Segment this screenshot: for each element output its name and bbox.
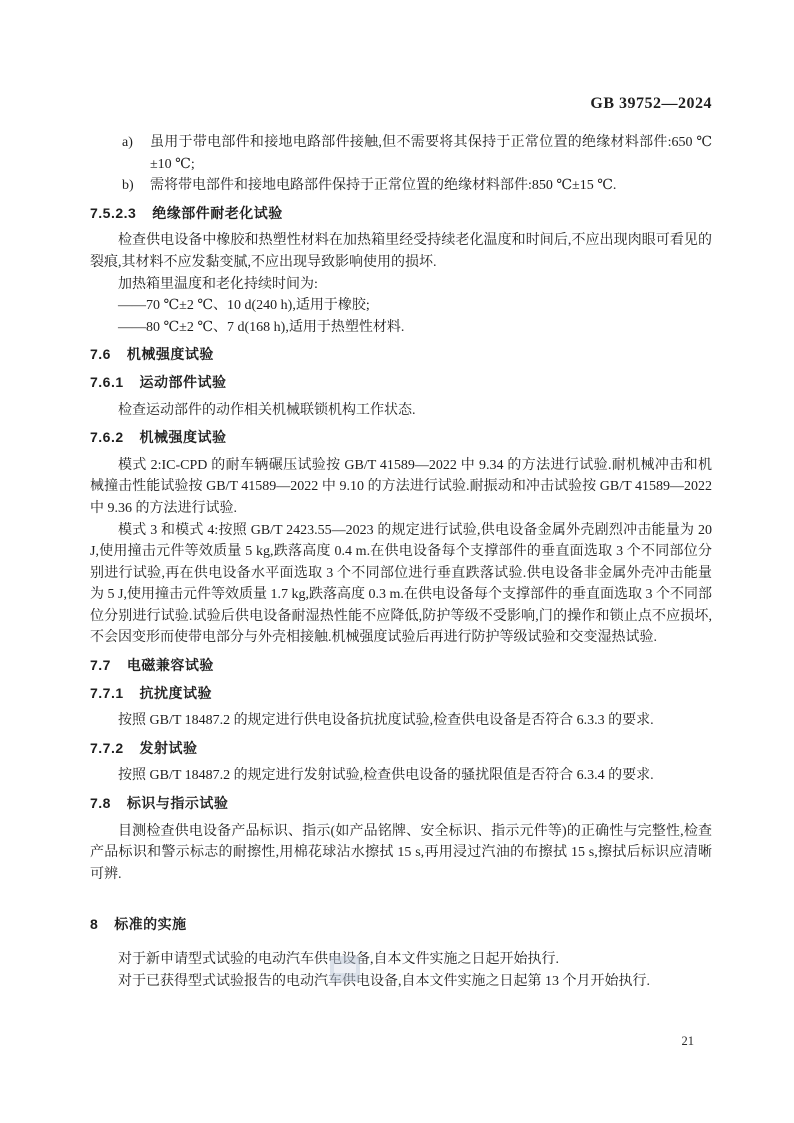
paragraph: 模式 3 和模式 4:按照 GB/T 2423.55—2023 的规定进行试验,… [90,520,712,650]
section-number: 7.5.2.3 [90,205,136,221]
section-heading-7-6-2: 7.6.2 机械强度试验 [90,427,712,449]
document-body: GB 39752—2024 a) 虽用于带电部件和接地电路部件接触,但不需要将其… [90,93,712,992]
section-title: 电磁兼容试验 [127,657,214,673]
section-number: 7.6.2 [90,429,124,445]
list-item-text: 需将带电部件和接地电路部件保持于正常位置的绝缘材料部件:850 ℃±15 ℃. [150,175,712,197]
section-number: 7.7.2 [90,740,124,756]
paragraph: 按照 GB/T 18487.2 的规定进行发射试验,检查供电设备的骚扰限值是否符… [90,765,712,787]
paragraph: 检查供电设备中橡胶和热塑性材料在加热箱里经受持续老化温度和时间后,不应出现肉眼可… [90,230,712,273]
section-title: 机械强度试验 [140,429,227,445]
section-heading-7-7-1: 7.7.1 抗扰度试验 [90,683,712,705]
list-item-marker: b) [122,175,150,197]
section-title: 机械强度试验 [127,346,214,362]
paragraph: 对于新申请型式试验的电动汽车供电设备,自本文件实施之日起开始执行. [90,949,712,971]
dash-item: ——70 ℃±2 ℃、10 d(240 h),适用于橡胶; [90,295,712,317]
list-item-text: 虽用于带电部件和接地电路部件接触,但不需要将其保持于正常位置的绝缘材料部件:65… [150,132,712,175]
paragraph: 模式 2:IC-CPD 的耐车辆碾压试验按 GB/T 41589—2022 中 … [90,455,712,520]
paragraph: 按照 GB/T 18487.2 的规定进行供电设备抗扰度试验,检查供电设备是否符… [90,710,712,732]
section-number: 8 [90,916,98,932]
document-header: GB 39752—2024 [90,93,712,115]
paragraph: 检查运动部件的动作相关机械联锁机构工作状态. [90,400,712,422]
dash-item: ——80 ℃±2 ℃、7 d(168 h),适用于热塑性材料. [90,317,712,339]
list-item: a) 虽用于带电部件和接地电路部件接触,但不需要将其保持于正常位置的绝缘材料部件… [122,132,712,175]
section-title: 发射试验 [140,740,198,756]
section-heading-7-5-2-3: 7.5.2.3 绝缘部件耐老化试验 [90,203,712,225]
section-heading-8: 8 标准的实施 [90,914,712,936]
section-heading-7-6: 7.6 机械强度试验 [90,344,712,366]
list-item: b) 需将带电部件和接地电路部件保持于正常位置的绝缘材料部件:850 ℃±15 … [122,175,712,197]
section-title: 标识与指示试验 [127,795,229,811]
section-title: 标准的实施 [114,916,187,932]
list-item-marker: a) [122,132,150,175]
section-heading-7-6-1: 7.6.1 运动部件试验 [90,372,712,394]
section-heading-7-8: 7.8 标识与指示试验 [90,793,712,815]
standard-number: GB 39752—2024 [590,95,712,112]
paragraph: 加热箱里温度和老化持续时间为: [90,274,712,296]
section-number: 7.7.1 [90,685,124,701]
section-number: 7.6.1 [90,374,124,390]
page-number: 21 [682,1031,695,1053]
section-title: 绝缘部件耐老化试验 [152,205,283,221]
paragraph: 目测检查供电设备产品标识、指示(如产品铭牌、安全标识、指示元件等)的正确性与完整… [90,821,712,886]
section-number: 7.7 [90,657,111,673]
section-title: 运动部件试验 [140,374,227,390]
section-number: 7.6 [90,346,111,362]
section-number: 7.8 [90,795,111,811]
section-title: 抗扰度试验 [140,685,213,701]
watermark-logo [330,956,360,982]
section-heading-7-7: 7.7 电磁兼容试验 [90,655,712,677]
section-heading-7-7-2: 7.7.2 发射试验 [90,738,712,760]
paragraph: 对于已获得型式试验报告的电动汽车供电设备,自本文件实施之日起第 13 个月开始执… [90,971,712,993]
document-page: GB 39752—2024 a) 虽用于带电部件和接地电路部件接触,但不需要将其… [0,0,794,1123]
